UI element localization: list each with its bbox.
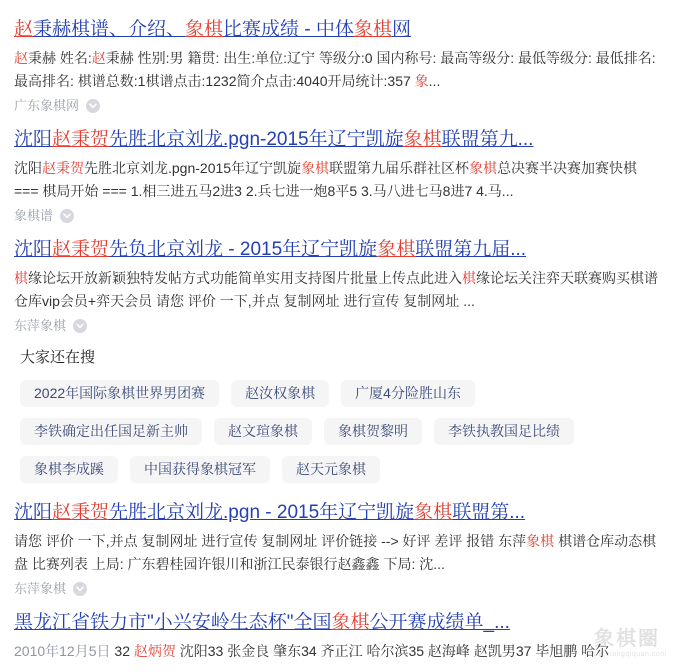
snippet-segment: 请您 评价 一下,并点 复制网址 进行宣传 复制网址 评价链接 --> 好评 差… — [14, 533, 526, 549]
highlighted-title-segment: 赵秉贺 — [52, 129, 109, 150]
result-source-row: 象棋谱 — [14, 208, 664, 224]
result-source-row: 东萍象棋 — [14, 581, 664, 597]
title-segment: 联盟第九届... — [415, 239, 526, 260]
snippet-segment: ... — [429, 73, 441, 89]
result-title-link[interactable]: 沈阳赵秉贺先负北京刘龙 - 2015年辽宁凯旋象棋联盟第九届... — [14, 238, 664, 262]
snippet-segment: 联盟第九届乐群社区杯 — [329, 160, 469, 176]
results-bottom-section: 沈阳赵秉贺先胜北京刘龙.pgn - 2015年辽宁凯旋象棋联盟第...请您 评价… — [14, 501, 664, 663]
highlighted-snippet-segment: 赵 — [92, 50, 106, 66]
source-name: 广东象棋网 — [14, 98, 79, 114]
result-title-link[interactable]: 沈阳赵秉贺先胜北京刘龙.pgn - 2015年辽宁凯旋象棋联盟第... — [14, 501, 664, 525]
highlighted-snippet-segment: 象棋 — [301, 160, 329, 176]
title-segment: 先胜北京刘龙.pgn-2015年辽宁凯旋 — [109, 129, 404, 150]
highlighted-snippet-segment: 象 — [415, 73, 429, 89]
search-result: 赵秉赫棋谱、介绍、象棋比赛成绩 - 中体象棋网赵秉赫 姓名:赵秉赫 性别:男 籍… — [14, 18, 664, 114]
search-result: 沈阳赵秉贺先胜北京刘龙.pgn - 2015年辽宁凯旋象棋联盟第...请您 评价… — [14, 501, 664, 597]
result-snippet: 请您 评价 一下,并点 复制网址 进行宣传 复制网址 评价链接 --> 好评 差… — [14, 530, 658, 576]
related-search-button[interactable]: 2022年国际象棋世界男团赛 — [20, 380, 219, 407]
highlighted-title-segment: 象棋 — [404, 129, 442, 150]
title-segment: 秉赫棋谱、介绍、 — [33, 19, 185, 40]
snippet-segment: 2010年12月5日 — [14, 643, 114, 659]
highlighted-title-segment: 赵秉贺 — [52, 502, 109, 523]
snippet-segment: 秉赫 姓名: — [28, 50, 92, 66]
title-segment: 联盟第九... — [442, 129, 534, 150]
highlighted-title-segment: 象棋 — [414, 502, 452, 523]
snippet-segment: 32 — [114, 643, 133, 659]
result-snippet: 棋缘论坛开放新颖独特发帖方式功能简单实用支持图片批量上传点此进入棋缘论坛关注弈天… — [14, 267, 658, 313]
related-search-button[interactable]: 李铁执教国足比绩 — [434, 418, 574, 445]
result-snippet: 赵秉赫 姓名:赵秉赫 性别:男 籍贯: 出生:单位:辽宁 等级分:0 国内称号:… — [14, 47, 658, 93]
source-name: 东萍象棋 — [14, 318, 66, 334]
highlighted-snippet-segment: 象棋 — [469, 160, 497, 176]
title-segment: 沈阳 — [14, 239, 52, 260]
highlighted-snippet-segment: 赵秉贺 — [42, 160, 84, 176]
highlighted-snippet-segment: 赵 — [14, 50, 28, 66]
chevron-down-icon[interactable] — [60, 209, 74, 223]
results-top-section: 赵秉赫棋谱、介绍、象棋比赛成绩 - 中体象棋网赵秉赫 姓名:赵秉赫 性别:男 籍… — [14, 18, 664, 334]
result-title-link[interactable]: 黑龙江省铁力市"小兴安岭生态杯"全国象棋公开赛成绩单_... — [14, 611, 664, 635]
title-segment: 先负北京刘龙 - 2015年辽宁凯旋 — [109, 239, 377, 260]
related-search-button[interactable]: 李铁确定出任国足新主帅 — [20, 418, 202, 445]
related-searches-buttons: 2022年国际象棋世界男团赛赵汝权象棋广厦4分险胜山东李铁确定出任国足新主帅赵文… — [20, 380, 650, 483]
source-name: 象棋谱 — [14, 208, 53, 224]
related-search-button[interactable]: 赵天元象棋 — [282, 456, 380, 483]
result-source-row: 广东象棋网 — [14, 98, 664, 114]
title-segment: 沈阳 — [14, 129, 52, 150]
related-search-button[interactable]: 广厦4分险胜山东 — [341, 380, 475, 407]
highlighted-snippet-segment: 象棋 — [526, 533, 554, 549]
result-title-link[interactable]: 沈阳赵秉贺先胜北京刘龙.pgn-2015年辽宁凯旋象棋联盟第九... — [14, 128, 664, 152]
related-searches-header: 大家还在搜 — [20, 348, 664, 368]
highlighted-snippet-segment: 棋 — [462, 270, 476, 286]
chevron-down-icon[interactable] — [73, 319, 87, 333]
highlighted-title-segment: 象棋 — [377, 239, 415, 260]
related-searches-section: 大家还在搜 2022年国际象棋世界男团赛赵汝权象棋广厦4分险胜山东李铁确定出任国… — [20, 348, 664, 483]
search-result: 沈阳赵秉贺先胜北京刘龙.pgn-2015年辽宁凯旋象棋联盟第九...沈阳赵秉贺先… — [14, 128, 664, 224]
related-search-button[interactable]: 象棋李成蹊 — [20, 456, 118, 483]
title-segment: 比赛成绩 - 中体 — [223, 19, 354, 40]
highlighted-title-segment: 象棋 — [332, 612, 370, 633]
search-result: 沈阳赵秉贺先负北京刘龙 - 2015年辽宁凯旋象棋联盟第九届...棋缘论坛开放新… — [14, 238, 664, 334]
title-segment: 公开赛成绩单_... — [370, 612, 510, 633]
highlighted-title-segment: 象棋 — [354, 19, 392, 40]
result-snippet: 沈阳赵秉贺先胜北京刘龙.pgn-2015年辽宁凯旋象棋联盟第九届乐群社区杯象棋总… — [14, 157, 658, 203]
chevron-down-icon[interactable] — [86, 99, 100, 113]
title-segment: 沈阳 — [14, 502, 52, 523]
title-segment: 网 — [392, 19, 411, 40]
snippet-segment: 沈阳 — [14, 160, 42, 176]
title-segment: 先胜北京刘龙.pgn - 2015年辽宁凯旋 — [109, 502, 414, 523]
snippet-segment: 沈阳33 张金良 肇东34 齐正江 哈尔滨35 赵海峰 赵凯男37 毕旭鹏 哈尔 — [176, 643, 609, 659]
title-segment: 黑龙江省铁力市"小兴安岭生态杯"全国 — [14, 612, 332, 633]
related-search-button[interactable]: 象棋贺黎明 — [324, 418, 422, 445]
result-snippet: 2010年12月5日 32 赵炳贺 沈阳33 张金良 肇东34 齐正江 哈尔滨3… — [14, 640, 658, 663]
related-search-button[interactable]: 赵文瑄象棋 — [214, 418, 312, 445]
related-search-button[interactable]: 中国获得象棋冠军 — [130, 456, 270, 483]
related-search-button[interactable]: 赵汝权象棋 — [231, 380, 329, 407]
highlighted-snippet-segment: 赵炳贺 — [134, 643, 176, 659]
result-source-row: 东萍象棋 — [14, 318, 664, 334]
source-name: 东萍象棋 — [14, 581, 66, 597]
chevron-down-icon[interactable] — [73, 582, 87, 596]
highlighted-title-segment: 象棋 — [185, 19, 223, 40]
search-results-page: 赵秉赫棋谱、介绍、象棋比赛成绩 - 中体象棋网赵秉赫 姓名:赵秉赫 性别:男 籍… — [0, 0, 678, 663]
highlighted-snippet-segment: 棋 — [14, 270, 28, 286]
snippet-segment: 秉赫 性别:男 籍贯: 出生:单位:辽宁 等级分:0 国内称号: 最高等级分: … — [14, 50, 656, 89]
highlighted-title-segment: 赵秉贺 — [52, 239, 109, 260]
snippet-segment: 缘论坛开放新颖独特发帖方式功能简单实用支持图片批量上传点此进入 — [28, 270, 462, 286]
search-result: 黑龙江省铁力市"小兴安岭生态杯"全国象棋公开赛成绩单_...2010年12月5日… — [14, 611, 664, 663]
result-title-link[interactable]: 赵秉赫棋谱、介绍、象棋比赛成绩 - 中体象棋网 — [14, 18, 664, 42]
title-segment: 联盟第... — [452, 502, 525, 523]
snippet-segment: 先胜北京刘龙.pgn-2015年辽宁凯旋 — [84, 160, 301, 176]
highlighted-title-segment: 赵 — [14, 19, 33, 40]
